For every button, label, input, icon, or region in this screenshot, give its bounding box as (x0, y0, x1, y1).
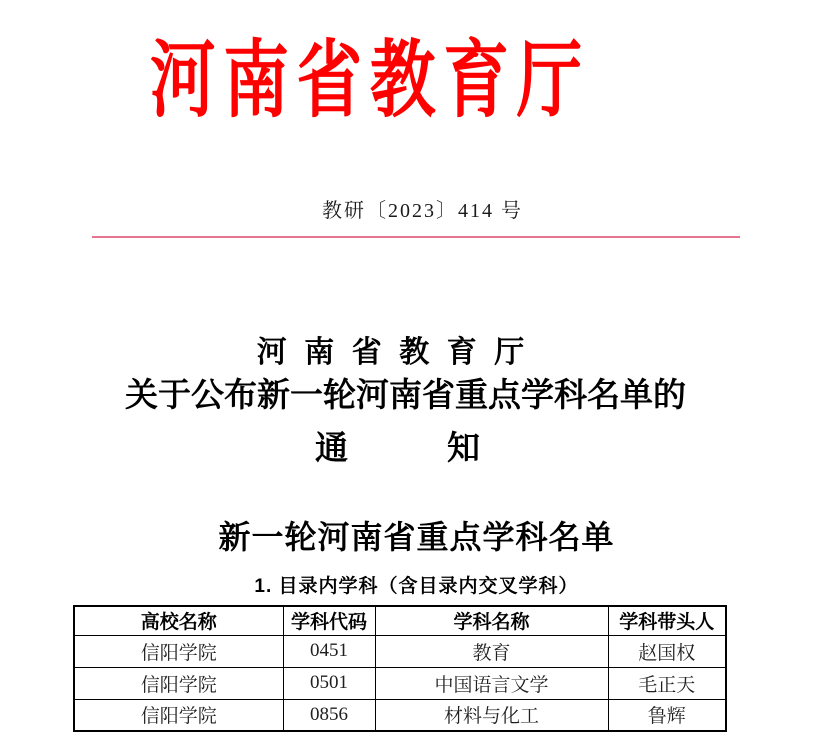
disciplines-table: 高校名称 学科代码 学科名称 学科带头人 信阳学院 0451 教育 赵国权 信阳… (73, 605, 727, 732)
table-caption: 1. 目录内学科（含目录内交叉学科） (0, 571, 833, 598)
notice-title-subject-line: 关于公布新一轮河南省重点学科名单的 (0, 369, 822, 416)
notice-title-notice-line: 通 知 (0, 422, 814, 469)
document-number: 教研〔2023〕414 号 (6, 194, 833, 223)
column-header-discipline-code: 学科代码 (283, 606, 375, 635)
column-header-discipline-leader: 学科带头人 (608, 606, 726, 635)
cell-university: 信阳学院 (74, 635, 283, 667)
disciplines-table-container: 高校名称 学科代码 学科名称 学科带头人 信阳学院 0451 教育 赵国权 信阳… (73, 605, 725, 732)
letterhead-title: 河南省教育厅 (151, 38, 591, 126)
letterhead-divider-line (92, 236, 740, 238)
official-document-page: 河南省教育厅 教研〔2023〕414 号 河 南 省 教 育 厅 关于公布新一轮… (0, 0, 833, 753)
cell-university: 信阳学院 (74, 699, 283, 731)
table-row: 信阳学院 0856 材料与化工 鲁辉 (74, 699, 726, 731)
table-row: 信阳学院 0501 中国语言文学 毛正天 (74, 667, 726, 699)
cell-discipline-code: 0856 (283, 699, 375, 731)
notice-title-issuer-line: 河 南 省 教 育 厅 (0, 327, 807, 371)
cell-discipline-leader: 赵国权 (608, 635, 726, 667)
cell-discipline-name: 材料与化工 (375, 699, 608, 731)
cell-discipline-name: 中国语言文学 (375, 667, 608, 699)
cell-discipline-code: 0451 (283, 635, 375, 667)
list-section-title: 新一轮河南省重点学科名单 (0, 512, 833, 558)
cell-discipline-code: 0501 (283, 667, 375, 699)
letterhead: 河南省教育厅 (0, 38, 833, 126)
cell-discipline-leader: 毛正天 (608, 667, 726, 699)
cell-discipline-name: 教育 (375, 635, 608, 667)
table-row: 信阳学院 0451 教育 赵国权 (74, 635, 726, 667)
column-header-university: 高校名称 (74, 606, 283, 635)
column-header-discipline-name: 学科名称 (375, 606, 608, 635)
cell-university: 信阳学院 (74, 667, 283, 699)
table-header-row: 高校名称 学科代码 学科名称 学科带头人 (74, 606, 726, 635)
cell-discipline-leader: 鲁辉 (608, 699, 726, 731)
